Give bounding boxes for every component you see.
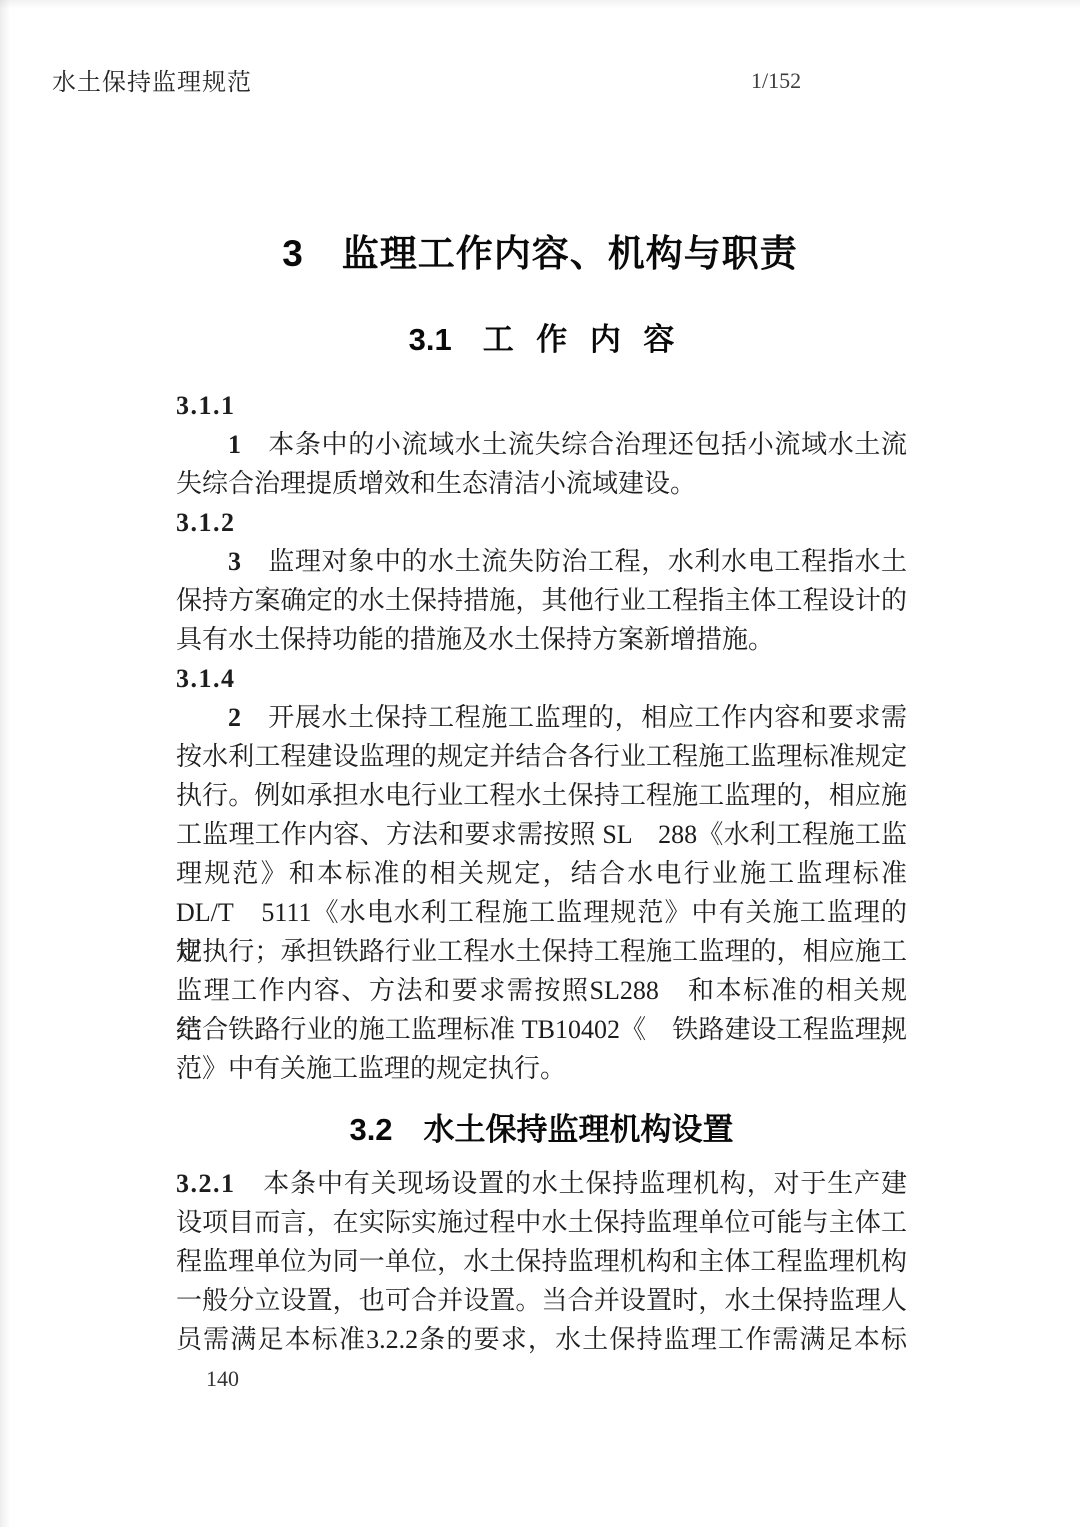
text-line: 程监理单位为同一单位，水土保持监理机构和主体工程监理机构	[176, 1242, 907, 1281]
document-page: 水土保持监理规范 1/152 3 监理工作内容、机构与职责 3.1 工 作 内 …	[0, 0, 1080, 1527]
text-line: 工监理工作内容、方法和要求需按照 SL 288《水利工程施工监	[176, 815, 907, 854]
text-line: 3.2.1 本条中有关现场设置的水土保持监理机构，对于生产建	[176, 1164, 907, 1203]
clause-label: 3.1.2	[176, 503, 907, 542]
text-line: 3 监理对象中的水土流失防治工程，水利水电工程指水土	[176, 542, 907, 581]
item-number: 2	[228, 703, 241, 732]
section-heading: 3.1 工 作 内 容	[176, 320, 907, 360]
text-line: 定执行；承担铁路行业工程水土保持工程施工监理的，相应施工	[176, 932, 907, 971]
paragraph: 3.2.1 本条中有关现场设置的水土保持监理机构，对于生产建设项目而言，在实际实…	[176, 1164, 907, 1359]
text-line: 1 本条中的小流域水土流失综合治理还包括小流域水土流	[176, 425, 907, 464]
paragraph: 3 监理对象中的水土流失防治工程，水利水电工程指水土保持方案确定的水土保持措施，…	[176, 542, 907, 659]
running-header-doc-title: 水土保持监理规范	[52, 62, 252, 97]
text-line: 监理工作内容、方法和要求需按照SL288 和本标准的相关规定，	[176, 971, 907, 1010]
text-line: 设项目而言，在实际实施过程中水土保持监理单位可能与主体工	[176, 1203, 907, 1242]
paragraph: 2 开展水土保持工程施工监理的，相应工作内容和要求需按水利工程建设监理的规定并结…	[176, 698, 907, 1088]
text-line: 一般分立设置，也可合并设置。当合并设置时，水土保持监理人	[176, 1281, 907, 1320]
clause-label: 3.1.1	[176, 386, 907, 425]
clause-label: 3.1.4	[176, 659, 907, 698]
section-heading: 3.2 水土保持监理机构设置	[176, 1110, 907, 1150]
chapter-title: 3 监理工作内容、机构与职责	[0, 231, 1080, 277]
text-line: 失综合治理提质增效和生态清洁小流域建设。	[176, 464, 907, 503]
text-line: 结合铁路行业的施工监理标准 TB10402《 铁路建设工程监理规	[176, 1010, 907, 1049]
text-line: 保持方案确定的水土保持措施，其他行业工程指主体工程设计的	[176, 581, 907, 620]
text-line: 理规范》和本标准的相关规定，结合水电行业施工监理标准	[176, 854, 907, 893]
text-line: 范》中有关施工监理的规定执行。	[176, 1049, 907, 1088]
page-indicator: 1/152	[751, 68, 801, 94]
clause-number: 3.2.1	[176, 1169, 236, 1198]
item-number: 3	[228, 547, 241, 576]
text-line: 2 开展水土保持工程施工监理的，相应工作内容和要求需	[176, 698, 907, 737]
page-body: 3.1 工 作 内 容3.1.11 本条中的小流域水土流失综合治理还包括小流域水…	[176, 320, 907, 1359]
page-number: 140	[206, 1366, 239, 1392]
text-line: 执行。例如承担水电行业工程水土保持工程施工监理的，相应施	[176, 776, 907, 815]
text-line: 按水利工程建设监理的规定并结合各行业工程施工监理标准规定	[176, 737, 907, 776]
item-number: 1	[228, 430, 241, 459]
text-line: DL/T 5111《水电水利工程施工监理规范》中有关施工监理的规	[176, 893, 907, 932]
text-line: 具有水土保持功能的措施及水土保持方案新增措施。	[176, 620, 907, 659]
text-line: 员需满足本标准3.2.2条的要求，水土保持监理工作需满足本标	[176, 1320, 907, 1359]
paragraph: 1 本条中的小流域水土流失综合治理还包括小流域水土流失综合治理提质增效和生态清洁…	[176, 425, 907, 503]
